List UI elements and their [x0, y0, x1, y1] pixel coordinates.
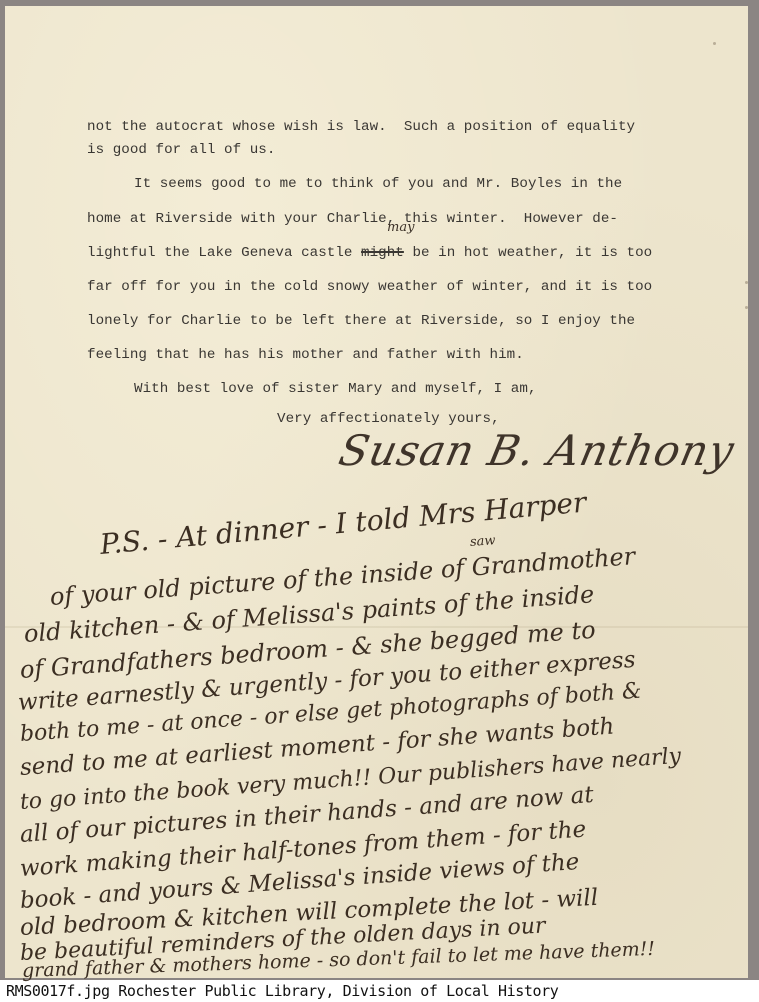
typed-line-7: lonely for Charlie to be left there at R…	[87, 311, 635, 331]
paper-speck	[745, 306, 748, 309]
paper-speck	[713, 42, 716, 45]
typed-line-1: not the autocrat whose wish is law. Such…	[87, 117, 635, 137]
signature: Susan B. Anthony	[335, 426, 739, 475]
typed-line-5: lightful the Lake Geneva castle might be…	[87, 243, 652, 263]
typed-line-3: It seems good to me to think of you and …	[134, 174, 622, 194]
struck-word: might	[361, 245, 404, 261]
typed-line-4: home at Riverside with your Charlie, thi…	[87, 209, 618, 229]
typed-line-5-start: lightful the Lake Geneva castle	[87, 245, 361, 261]
image-caption: RMS0017f.jpg Rochester Public Library, D…	[6, 982, 558, 1000]
typed-line-2: is good for all of us.	[87, 140, 275, 160]
typed-line-9: With best love of sister Mary and myself…	[134, 379, 537, 399]
paper-speck	[745, 281, 748, 284]
typed-line-5-end: be in hot weather, it is too	[404, 245, 652, 261]
typed-line-6: far off for you in the cold snowy weathe…	[87, 277, 652, 297]
handwritten-insertion: may	[387, 220, 415, 235]
typed-line-8: feeling that he has his mother and fathe…	[87, 345, 524, 365]
postscript-insertion: saw	[469, 533, 496, 550]
